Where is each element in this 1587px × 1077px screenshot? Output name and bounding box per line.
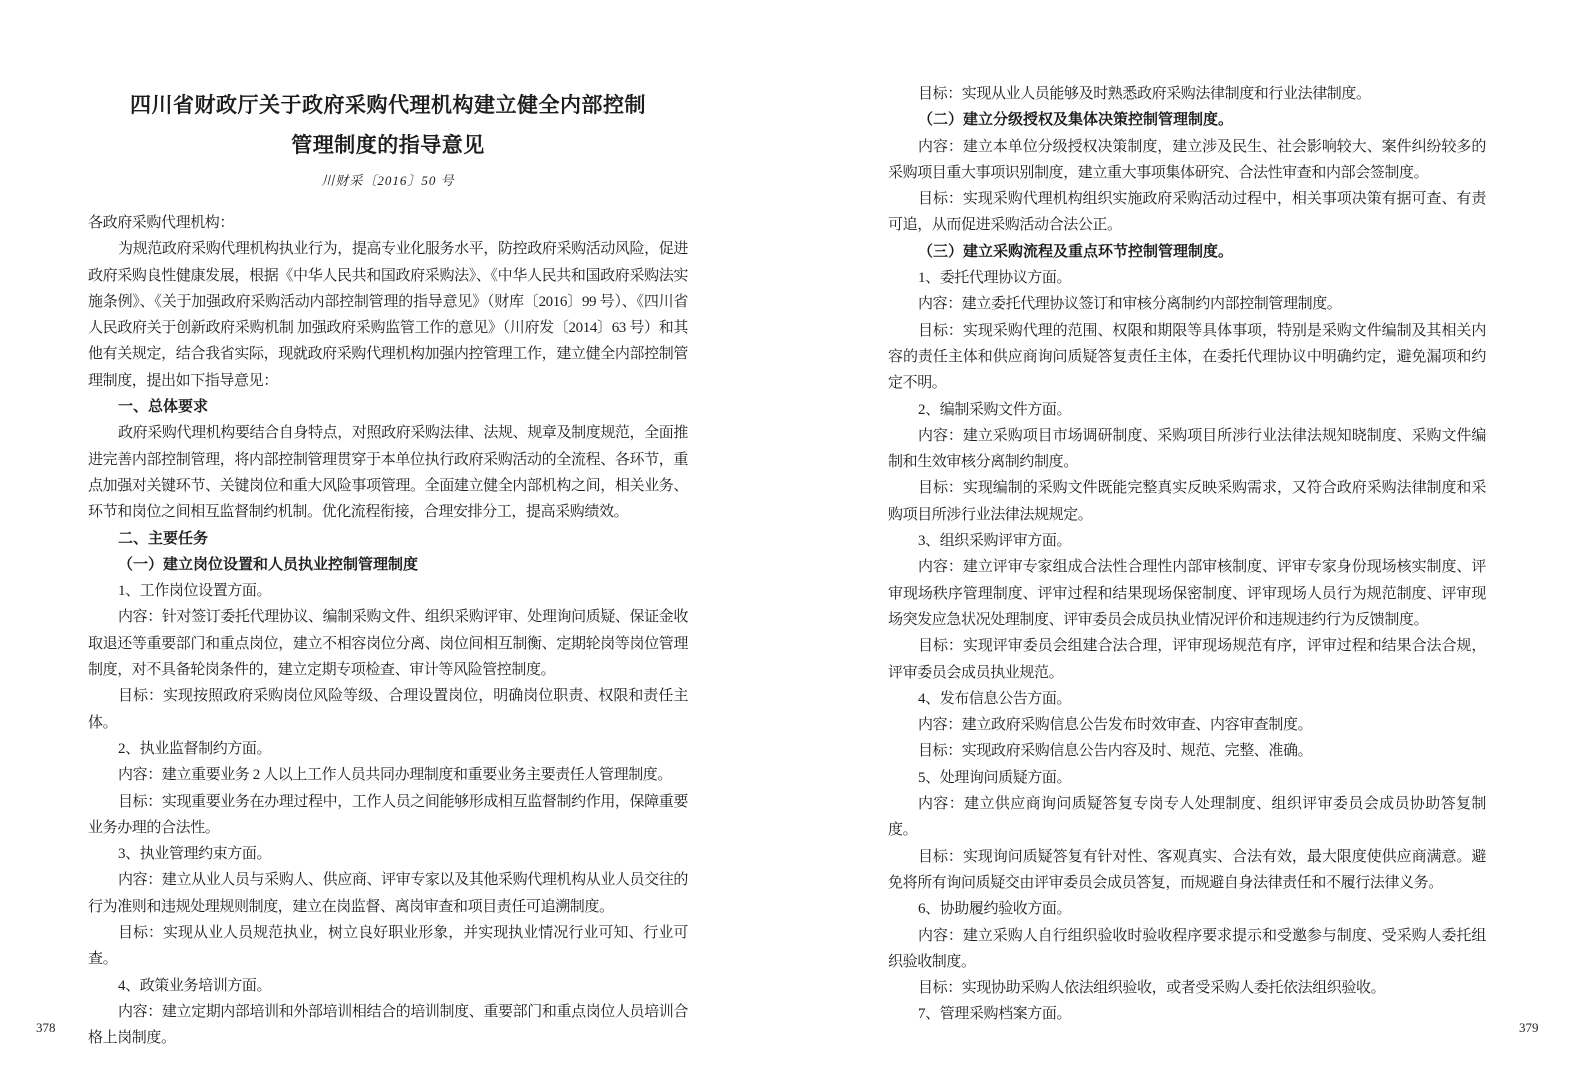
body-paragraph: 目标：实现协助采购人依法组织验收，或者受采购人委托依法组织验收。 (888, 975, 1486, 1001)
body-paragraph: 1、委托代理协议方面。 (888, 265, 1486, 291)
page-left: 四川省财政厅关于政府采购代理机构建立健全内部控制 管理制度的指导意见 川财采〔2… (88, 85, 688, 1052)
body-paragraph: 5、处理询问质疑方面。 (888, 765, 1486, 791)
left-page-body: 各政府采购代理机构：为规范政府采购代理机构执业行为，提高专业化服务水平，防控政府… (88, 210, 688, 1052)
body-paragraph: 内容：建立供应商询问质疑答复专岗专人处理制度、组织评审委员会成员协助答复制度。 (888, 791, 1486, 844)
body-paragraph: 内容：建立定期内部培训和外部培训相结合的培训制度、重要部门和重点岗位人员培训合格… (88, 999, 688, 1052)
body-paragraph: 3、执业管理约束方面。 (88, 841, 688, 867)
body-paragraph: 内容：建立政府采购信息公告发布时效审查、内容审查制度。 (888, 712, 1486, 738)
body-paragraph: 内容：建立重要业务 2 人以上工作人员共同办理制度和重要业务主要责任人管理制度。 (88, 762, 688, 788)
body-paragraph: 目标：实现采购代理机构组织实施政府采购活动过程中，相关事项决策有据可查、有责可追… (888, 186, 1486, 239)
body-paragraph: 2、编制采购文件方面。 (888, 397, 1486, 423)
body-paragraph: 目标：实现重要业务在办理过程中，工作人员之间能够形成相互监督制约作用，保障重要业… (88, 789, 688, 842)
body-paragraph: 内容：建立从业人员与采购人、供应商、评审专家以及其他采购代理机构从业人员交往的行… (88, 867, 688, 920)
body-paragraph: 内容：建立采购人自行组织验收时验收程序要求提示和受邀参与制度、受采购人委托组织验… (888, 923, 1486, 976)
document-title-line2: 管理制度的指导意见 (88, 125, 688, 165)
page-right: 目标：实现从业人员能够及时熟悉政府采购法律制度和行业法律制度。（二）建立分级授权… (888, 81, 1486, 1028)
body-paragraph: 3、组织采购评审方面。 (888, 528, 1486, 554)
body-paragraph: 内容：建立委托代理协议签订和审核分离制约内部控制管理制度。 (888, 291, 1486, 317)
body-paragraph: 内容：建立本单位分级授权决策制度，建立涉及民生、社会影响较大、案件纠纷较多的采购… (888, 134, 1486, 187)
body-paragraph: 6、协助履约验收方面。 (888, 896, 1486, 922)
body-paragraph: 2、执业监督制约方面。 (88, 736, 688, 762)
body-paragraph: 目标：实现按照政府采购岗位风险等级、合理设置岗位，明确岗位职责、权限和责任主体。 (88, 683, 688, 736)
section-heading: （一）建立岗位设置和人员执业控制管理制度 (88, 552, 688, 578)
section-heading: 二、主要任务 (88, 526, 688, 552)
body-paragraph: 目标：实现评审委员会组建合法合理，评审现场规范有序，评审过程和结果合法合规，评审… (888, 633, 1486, 686)
body-paragraph: 目标：实现编制的采购文件既能完整真实反映采购需求，又符合政府采购法律制度和采购项… (888, 475, 1486, 528)
body-paragraph: 7、管理采购档案方面。 (888, 1001, 1486, 1027)
section-heading: 一、总体要求 (88, 394, 688, 420)
body-paragraph: 目标：实现采购代理的范围、权限和期限等具体事项，特别是采购文件编制及其相关内容的… (888, 318, 1486, 397)
body-paragraph: 目标：实现询问质疑答复有针对性、客观真实、合法有效，最大限度使供应商满意。避免将… (888, 844, 1486, 897)
body-paragraph: 4、发布信息公告方面。 (888, 686, 1486, 712)
body-paragraph: 内容：针对签订委托代理协议、编制采购文件、组织采购评审、处理询问质疑、保证金收取… (88, 604, 688, 683)
salutation-line: 各政府采购代理机构： (88, 210, 688, 236)
page-number-right: 379 (1519, 1020, 1539, 1036)
document-number: 川财采〔2016〕50 号 (88, 170, 688, 189)
page-number-left: 378 (36, 1020, 56, 1036)
body-paragraph: 1、工作岗位设置方面。 (88, 578, 688, 604)
body-paragraph: 内容：建立评审专家组成合法性合理性内部审核制度、评审专家身份现场核实制度、评审现… (888, 554, 1486, 633)
body-paragraph: 目标：实现从业人员规范执业，树立良好职业形象，并实现执业情况行业可知、行业可查。 (88, 920, 688, 973)
body-paragraph: 内容：建立采购项目市场调研制度、采购项目所涉行业法律法规知晓制度、采购文件编制和… (888, 423, 1486, 476)
body-paragraph: 为规范政府采购代理机构执业行为，提高专业化服务水平，防控政府采购活动风险，促进政… (88, 236, 688, 394)
section-heading: （二）建立分级授权及集体决策控制管理制度。 (888, 107, 1486, 133)
section-heading: （三）建立采购流程及重点环节控制管理制度。 (888, 239, 1486, 265)
document-title-line1: 四川省财政厅关于政府采购代理机构建立健全内部控制 (88, 85, 688, 125)
body-paragraph: 4、政策业务培训方面。 (88, 973, 688, 999)
book-spread: 四川省财政厅关于政府采购代理机构建立健全内部控制 管理制度的指导意见 川财采〔2… (0, 0, 1587, 1077)
body-paragraph: 目标：实现从业人员能够及时熟悉政府采购法律制度和行业法律制度。 (888, 81, 1486, 107)
body-paragraph: 政府采购代理机构要结合自身特点，对照政府采购法律、法规、规章及制度规范，全面推进… (88, 420, 688, 525)
body-paragraph: 目标：实现政府采购信息公告内容及时、规范、完整、准确。 (888, 738, 1486, 764)
right-page-body: 目标：实现从业人员能够及时熟悉政府采购法律制度和行业法律制度。（二）建立分级授权… (888, 81, 1486, 1028)
